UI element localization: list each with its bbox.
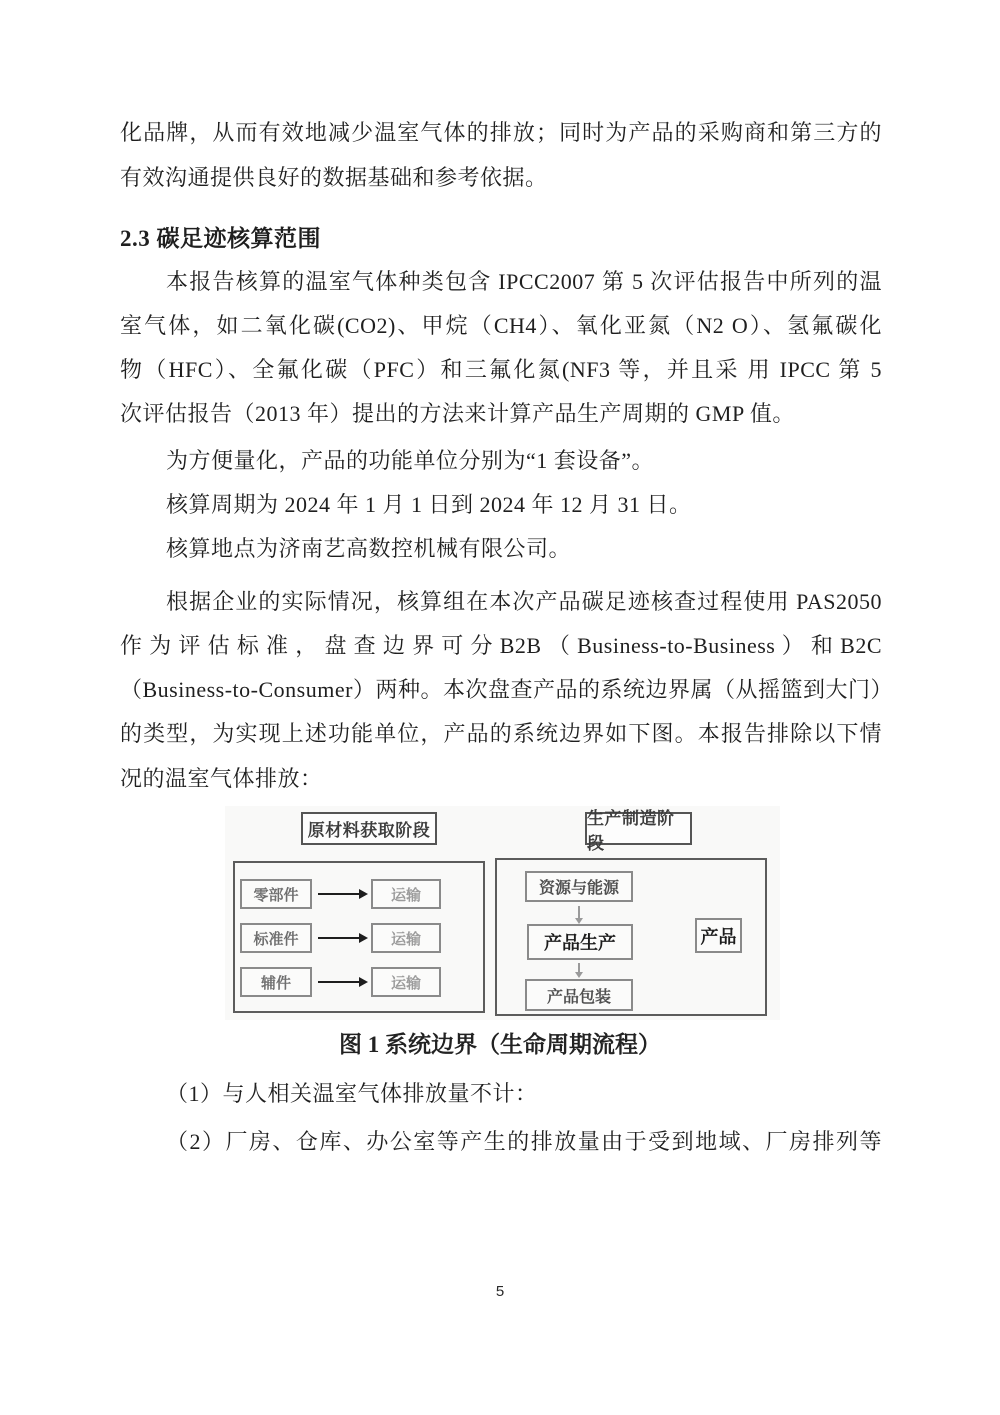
section-heading: 2.3 碳足迹核算范围 — [120, 224, 882, 254]
para2: 为方便量化，产品的功能单位分别为“1 套设备”。 — [120, 446, 882, 476]
para5-line-3: （Business-to-Consumer）两种。本次盘查产品的系统边界属（从摇… — [120, 675, 882, 705]
product-packaging-box: 产品包装 — [525, 979, 633, 1011]
product-box: 产品 — [695, 918, 742, 953]
note-item-2: （2）厂房、仓库、办公室等产生的排放量由于受到地域、厂房排列等 — [120, 1127, 882, 1157]
arrow-right-icon — [318, 893, 366, 895]
system-boundary-figure: 原材料获取阶段 生产制造阶段 零部件 运输 标准件 运输 辅件 运输 资源与能源… — [225, 806, 780, 1020]
para1-line-3: 物（HFC）、全氟化碳（PFC）和三氟化氮(NF3 等，并且采 用 IPCC 第… — [120, 355, 882, 385]
para5-line-1: 根据企业的实际情况，核算组在本次产品碳足迹核查过程使用 PAS2050 — [120, 587, 882, 617]
para5-line-2: 作 为 评 估 标 准 ， 盘 查 边 界 可 分 B2B （ Business… — [120, 631, 882, 661]
accessories-box: 辅件 — [240, 967, 312, 997]
resources-energy-box: 资源与能源 — [525, 871, 633, 902]
production-stage-header: 生产制造阶段 — [585, 812, 692, 845]
para1-line-1: 本报告核算的温室气体种类包含 IPCC2007 第 5 次评估报告中所列的温 — [120, 267, 882, 297]
para5-line-4: 的类型，为实现上述功能单位，产品的系统边界如下图。本报告排除以下情 — [120, 719, 882, 749]
arrow-down-icon — [578, 906, 580, 922]
para4: 核算地点为济南艺高数控机械有限公司。 — [120, 534, 882, 564]
para5-line-5: 况的温室气体排放： — [120, 764, 882, 794]
raw-material-container: 零部件 运输 标准件 运输 辅件 运输 — [233, 861, 485, 1013]
standard-parts-box: 标准件 — [240, 923, 312, 953]
product-production-box: 产品生产 — [527, 924, 633, 960]
intro-line-2: 有效沟通提供良好的数据基础和参考依据。 — [120, 163, 882, 193]
note-item-1: （1）与人相关温室气体排放量不计： — [120, 1079, 882, 1109]
transport-box-1: 运输 — [371, 879, 441, 909]
document-page: 化品牌，从而有效地减少温室气体的排放；同时为产品的采购商和第三方的 有效沟通提供… — [0, 0, 1000, 1415]
transport-box-2: 运输 — [371, 923, 441, 953]
parts-box: 零部件 — [240, 879, 312, 909]
intro-line-1: 化品牌，从而有效地减少温室气体的排放；同时为产品的采购商和第三方的 — [120, 118, 882, 148]
arrow-right-icon — [318, 937, 366, 939]
raw-material-stage-header: 原材料获取阶段 — [301, 812, 437, 845]
para1-line-4: 次评估报告（2013 年）提出的方法来计算产品生产周期的 GMP 值。 — [120, 399, 882, 429]
page-number: 5 — [0, 1283, 1000, 1300]
arrow-down-icon — [578, 963, 580, 976]
para1-line-2: 室气体，如二氧化碳(CO2)、甲烷（CH4）、氧化亚氮（N2 O）、氢氟碳化 — [120, 311, 882, 341]
production-container: 资源与能源 产品生产 产品包装 产品 — [495, 858, 767, 1016]
para3: 核算周期为 2024 年 1 月 1 日到 2024 年 12 月 31 日。 — [120, 490, 882, 520]
arrow-right-icon — [318, 981, 366, 983]
transport-box-3: 运输 — [371, 967, 441, 997]
figure-caption: 图 1 系统边界（生命周期流程） — [0, 1026, 1000, 1059]
